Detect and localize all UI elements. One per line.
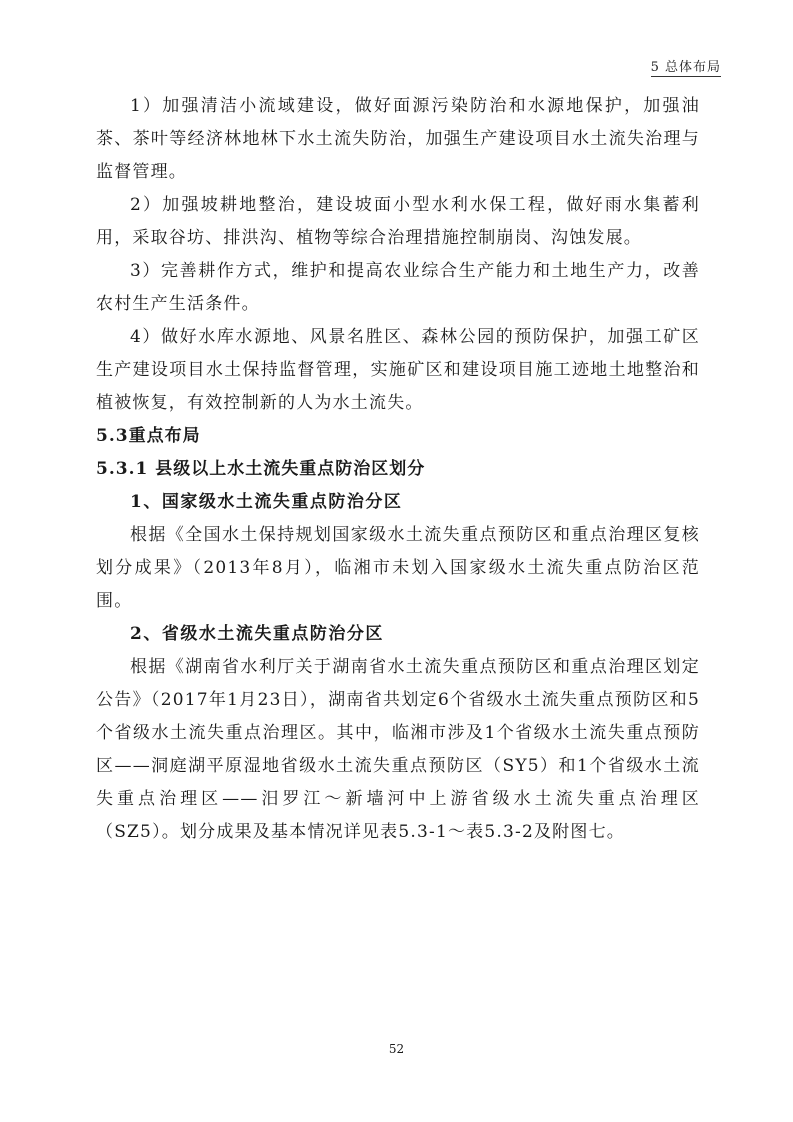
page-body: 1）加强清洁小流域建设，做好面源污染防治和水源地保护，加强油茶、茶叶等经济林地林… [96,90,700,849]
national-zone-text: 根据《全国水土保持规划国家级水土流失重点预防区和重点治理区复核划分成果》（201… [96,519,700,618]
provincial-zone-text: 根据《湖南省水利厅关于湖南省水土流失重点预防区和重点治理区划定公告》（2017年… [96,651,700,849]
page-number: 52 [0,1042,793,1056]
paragraph-measure-2: 2）加强坡耕地整治，建设坡面小型水利水保工程，做好雨水集蓄利用，采取谷坊、排洪沟… [96,189,700,255]
subsection-title: 5.3.1 县级以上水土流失重点防治区划分 [96,453,700,486]
paragraph-measure-3: 3）完善耕作方式，维护和提高农业综合生产能力和土地生产力，改善农村生产生活条件。 [96,255,700,321]
section-title: 5.3重点布局 [96,420,700,453]
national-zone-heading: 1、国家级水土流失重点防治分区 [96,486,700,519]
paragraph-measure-1: 1）加强清洁小流域建设，做好面源污染防治和水源地保护，加强油茶、茶叶等经济林地林… [96,90,700,189]
chapter-header: 5 总体布局 [651,56,721,77]
provincial-zone-heading: 2、省级水土流失重点防治分区 [96,618,700,651]
paragraph-measure-4: 4）做好水库水源地、风景名胜区、森林公园的预防保护，加强工矿区生产建设项目水土保… [96,321,700,420]
